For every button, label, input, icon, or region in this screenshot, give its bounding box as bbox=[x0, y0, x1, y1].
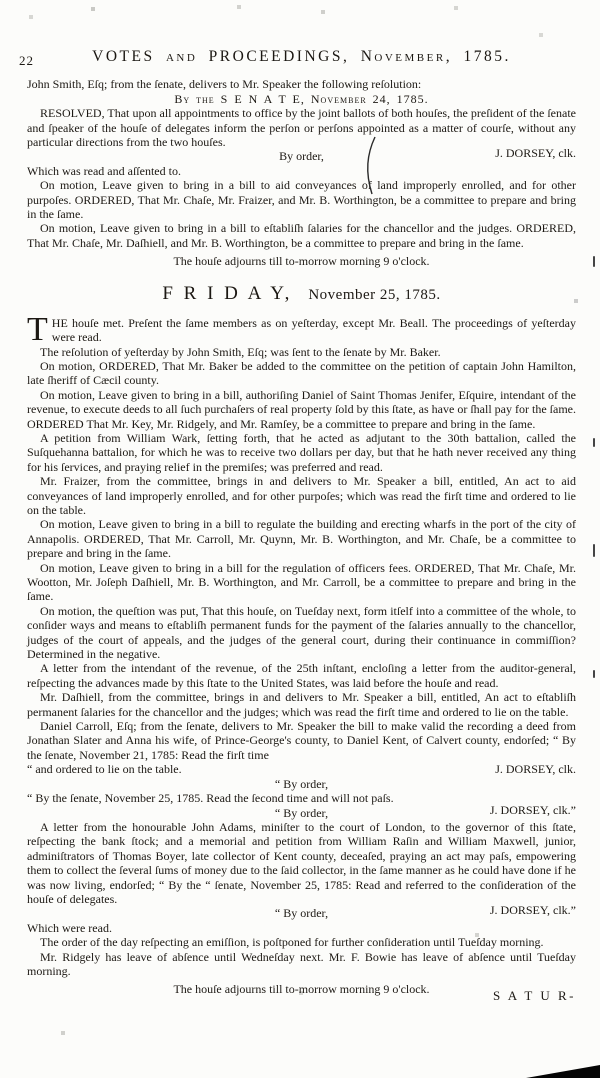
signature-row: By order, J. DORSEY, clk. bbox=[27, 149, 576, 163]
scan-edge-artifact bbox=[593, 256, 595, 267]
scan-noise-specks bbox=[0, 0, 2, 2]
paragraph: RESOLVED, That upon all appointments to … bbox=[27, 106, 576, 149]
paragraph: On motion, Leave given to bring in a bil… bbox=[27, 561, 576, 604]
by-order-label: “ By order, bbox=[275, 806, 328, 820]
running-header: 22 VOTES and PROCEEDINGS, November, 1785… bbox=[27, 50, 576, 64]
clerk-signature: J. DORSEY, clk. bbox=[495, 762, 576, 776]
paragraph-with-dropcap: T HE houſe met. Preſent the ſame members… bbox=[27, 316, 576, 345]
signature-row: “ By order, J. DORSEY, clk.” bbox=[27, 906, 576, 920]
paragraph: Which was read and aſſented to. bbox=[27, 164, 576, 178]
paragraph: On motion, ORDERED, That Mr. Baker be ad… bbox=[27, 359, 576, 388]
scan-edge-artifact bbox=[593, 544, 595, 557]
paragraph: A letter from the honourable John Adams,… bbox=[27, 820, 576, 906]
session-date: November 25, 1785. bbox=[308, 287, 440, 303]
adjournment-line: The houſe adjourns till to-morrow mornin… bbox=[27, 254, 576, 268]
paragraph: On motion, Leave given to bring in a bil… bbox=[27, 517, 576, 560]
paragraph: On motion, Leave given to bring in a bil… bbox=[27, 221, 576, 250]
senate-heading: By the S E N A T E, November 24, 1785. bbox=[27, 92, 576, 106]
quoted-line: “ and ordered to lie on the table. bbox=[27, 762, 182, 776]
paragraph: Mr. Daſhiell, from the committee, brings… bbox=[27, 690, 576, 719]
paragraph: The order of the day reſpecting an emiſſ… bbox=[27, 935, 576, 949]
page-number: 22 bbox=[19, 54, 34, 68]
paragraph: Mr. Ridgely has leave of abſence until W… bbox=[27, 950, 576, 979]
paragraph: On motion, Leave given to bring in a bil… bbox=[27, 388, 576, 431]
paragraph: Daniel Carroll, Eſq; from the ſenate, de… bbox=[27, 719, 576, 762]
stray-ink-mark bbox=[362, 136, 380, 196]
page-footer-row: The houſe adjourns till to-morrow mornin… bbox=[27, 982, 576, 996]
by-order-label: “ By order, bbox=[275, 906, 328, 920]
session-day-heading: F R I D A Y, November 25, 1785. bbox=[27, 283, 576, 305]
quoted-line-with-signature: “ and ordered to lie on the table. J. DO… bbox=[27, 762, 576, 776]
day-name: F R I D A Y, bbox=[162, 283, 292, 304]
by-order-label: “ By order, bbox=[27, 777, 576, 791]
catchword: S A T U R- bbox=[493, 989, 576, 1003]
scan-edge-artifact bbox=[593, 670, 595, 678]
paragraph: A petition from William Wark, ſetting fo… bbox=[27, 431, 576, 474]
page-title: VOTES and PROCEEDINGS, November, 1785. bbox=[92, 48, 511, 65]
by-order-label: By order, bbox=[279, 149, 324, 163]
signature-row: “ By order, J. DORSEY, clk.” bbox=[27, 806, 576, 820]
paragraph-text: HE houſe met. Preſent the ſame members a… bbox=[52, 316, 576, 344]
scan-corner-artifact bbox=[526, 1065, 600, 1078]
clerk-signature: J. DORSEY, clk.” bbox=[490, 903, 576, 917]
drop-cap: T bbox=[27, 316, 52, 343]
paragraph: John Smith, Eſq; from the ſenate, delive… bbox=[27, 77, 576, 91]
paragraph: Mr. Fraizer, from the committee, brings … bbox=[27, 474, 576, 517]
paragraph: A letter from the intendant of the reven… bbox=[27, 661, 576, 690]
text-column: 22 VOTES and PROCEEDINGS, November, 1785… bbox=[0, 0, 600, 997]
paragraph: The reſolution of yeſterday by John Smit… bbox=[27, 345, 576, 359]
clerk-signature: J. DORSEY, clk.” bbox=[490, 803, 576, 817]
clerk-signature: J. DORSEY, clk. bbox=[495, 146, 576, 160]
paragraph: Which were read. bbox=[27, 921, 576, 935]
scan-edge-artifact bbox=[593, 438, 595, 447]
paragraph: On motion, Leave given to bring in a bil… bbox=[27, 178, 576, 221]
scanned-document-page: 22 VOTES and PROCEEDINGS, November, 1785… bbox=[0, 0, 600, 1078]
paragraph: On motion, the queſtion was put, That th… bbox=[27, 604, 576, 662]
